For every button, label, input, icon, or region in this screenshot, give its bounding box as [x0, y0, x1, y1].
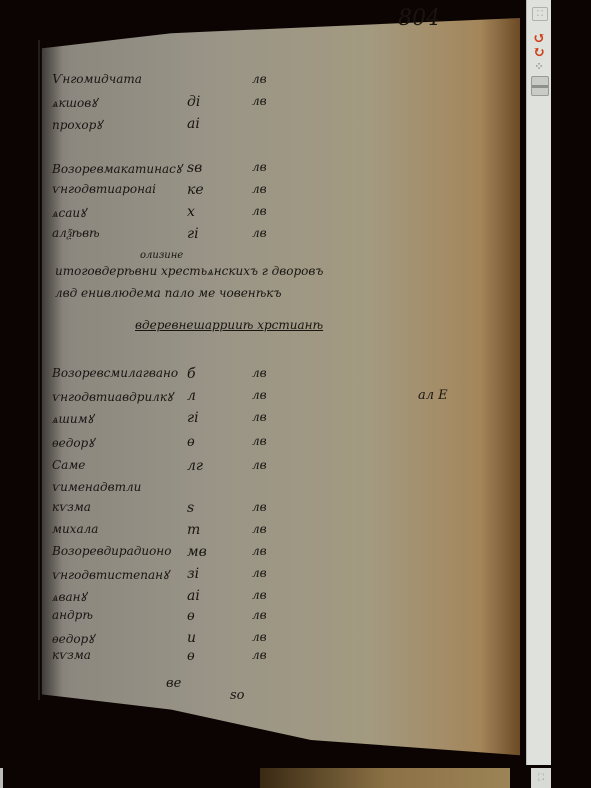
- margin-rule: [38, 40, 40, 700]
- entry-name: ѧванꙋ: [52, 588, 86, 605]
- next-page-preview: [260, 768, 510, 788]
- entry-rate: лв: [252, 366, 267, 380]
- entry-name: михала: [52, 522, 98, 536]
- entry-rate: лв: [252, 458, 267, 472]
- entry-number: ѳ: [187, 608, 195, 624]
- entry-name: Ѵнгомидчата: [52, 72, 142, 86]
- entry-number: зі: [187, 566, 199, 582]
- entry-rate: лв: [252, 94, 267, 108]
- entry-number: ѳ: [187, 648, 195, 664]
- entry-rate: лв: [252, 434, 267, 448]
- entry-number: ѳ: [187, 434, 195, 450]
- entry-rate: лв: [252, 648, 267, 662]
- entry-number: т: [187, 522, 200, 538]
- entry-name: кѵзма: [52, 500, 91, 514]
- entry-rate: лв: [252, 630, 267, 644]
- entry-name: ѧкшовꙋ: [52, 94, 97, 111]
- entry-rate: лв: [252, 182, 267, 196]
- fit-screen-icon-bottom[interactable]: ⛶: [531, 768, 551, 788]
- entry-name: ѧсаиꙋ: [52, 204, 86, 221]
- entry-name: алѯѣвѣ: [52, 226, 100, 241]
- total-left: ве: [166, 676, 181, 691]
- margin-note: ал Е: [418, 388, 448, 403]
- entry-rate: лв: [252, 544, 267, 558]
- entry-rate: лв: [252, 410, 267, 424]
- entry-rate: лв: [252, 566, 267, 580]
- entry-name: ѳедорꙋ: [52, 630, 94, 647]
- entry-name: ѵнгодвтиаронаі: [52, 182, 156, 196]
- entry-rate: лв: [252, 226, 267, 240]
- summary-superscript: олизине: [140, 250, 183, 261]
- entry-name: ѳедорꙋ: [52, 434, 94, 451]
- entry-number: аі: [187, 116, 200, 132]
- entry-rate: лв: [252, 500, 267, 514]
- entry-number: х: [187, 204, 195, 220]
- entry-name: ѧшимꙋ: [52, 410, 93, 427]
- entry-rate: лв: [252, 72, 267, 86]
- entry-name: кѵзма: [52, 648, 91, 662]
- entry-number: л: [187, 388, 196, 404]
- left-edge: [0, 768, 3, 788]
- entry-number: и: [187, 630, 196, 646]
- entry-number: ѕв: [187, 160, 202, 176]
- entry-number: лг: [187, 458, 203, 474]
- entry-rate: лв: [252, 608, 267, 622]
- entry-number: мв: [187, 544, 207, 560]
- fit-screen-icon[interactable]: ⛶: [532, 7, 548, 21]
- entry-rate: лв: [252, 522, 267, 536]
- entry-number: ке: [187, 182, 204, 198]
- entry-name: Саме: [52, 458, 85, 472]
- entry-name: ѵнгодвтистепанꙋ: [52, 566, 169, 583]
- entry-number: б: [187, 366, 196, 382]
- image-viewer: 804 Ѵнгомидчата лв ѧкшовꙋ ді лв прохорꙋ …: [0, 0, 591, 788]
- entry-rate: лв: [252, 204, 267, 218]
- entry-name: андрѣ: [52, 608, 93, 622]
- entry-number: гі: [187, 226, 199, 242]
- entry-number: аі: [187, 588, 200, 604]
- entry-rate: лв: [252, 160, 267, 174]
- entry-rate: лв: [252, 588, 267, 602]
- viewer-toolbar: ⛶ ↺ ↻ ⁘: [526, 0, 551, 765]
- entry-number: гі: [187, 410, 199, 426]
- entry-name: Возоревсмилагвано: [52, 366, 178, 380]
- entry-number: ді: [187, 94, 200, 110]
- entry-number: ѕ: [187, 500, 194, 516]
- entry-name: прохорꙋ: [52, 116, 102, 133]
- entry-name: ѵнгодвтиавдрилкꙋ: [52, 388, 173, 405]
- grid-view-icon[interactable]: ⁘: [530, 57, 548, 75]
- summary-line-2: лвд енивлюдема пало ме човенѣкъ: [55, 286, 281, 300]
- folio-number: 804: [398, 6, 440, 31]
- entry-name: Возоревдирадионо: [52, 544, 171, 558]
- panel-toggle-icon[interactable]: [531, 76, 549, 96]
- section-heading: вдеревнешаррииѣ хрстианѣ: [135, 318, 323, 332]
- entry-name: ѵименадвтли: [52, 480, 141, 494]
- total-right: ѕо: [230, 688, 245, 703]
- entry-rate: лв: [252, 388, 267, 402]
- entry-name: Возоревмакатинасꙋ: [52, 160, 182, 177]
- summary-line-1: итоговдерѣвни хрестьѧнскихъ г дворовъ: [55, 264, 323, 279]
